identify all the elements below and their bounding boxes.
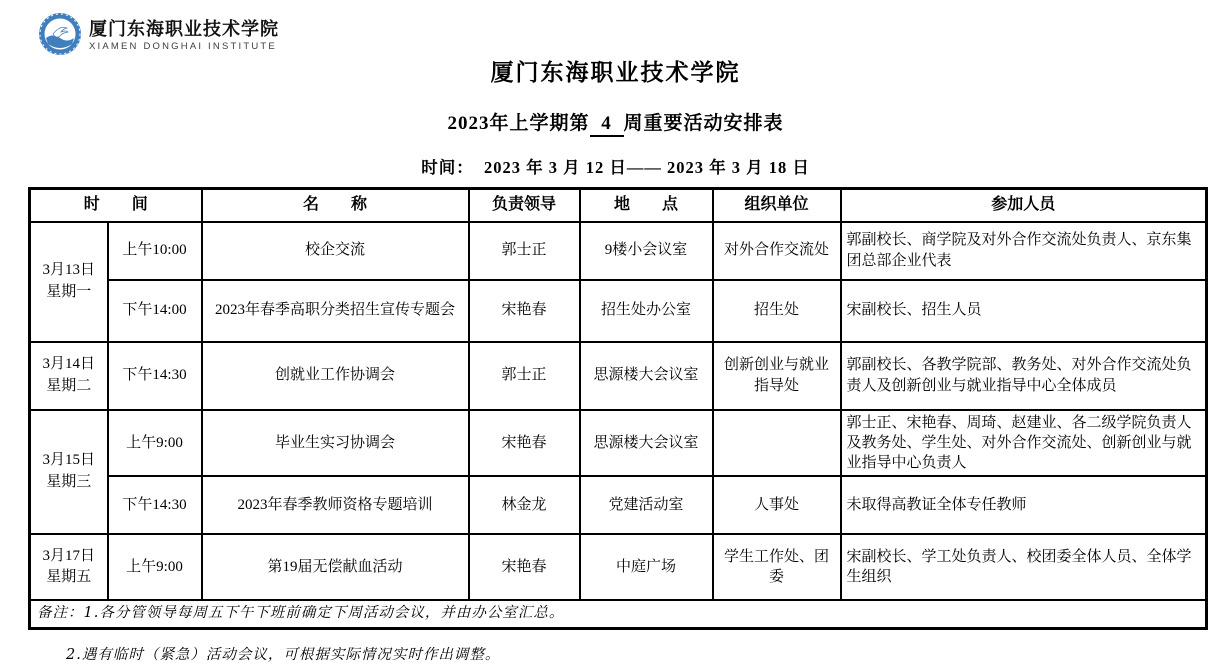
col-header-leader: 负责领导: [469, 189, 580, 222]
time-cell: 上午9:00: [108, 410, 202, 477]
unit-cell: 创新创业与就业指导处: [713, 342, 841, 410]
event-name-cell: 毕业生实习协调会: [202, 410, 469, 477]
table-row: 3月13日 星期一 上午10:00 校企交流 郭士正 9楼小会议室 对外合作交流…: [30, 222, 1207, 280]
time-cell: 下午14:30: [108, 342, 202, 410]
date-text: 3月14日: [35, 354, 103, 376]
institute-emblem-icon: [38, 12, 82, 61]
date-text: 3月17日: [35, 546, 103, 568]
date-cell-tue: 3月14日 星期二: [30, 342, 108, 410]
table-row: 下午14:00 2023年春季高职分类招生宣传专题会 宋艳春 招生处办公室 招生…: [30, 280, 1207, 342]
institute-logo: 厦门东海职业技术学院 XIAMEN DONGHAI INSTITUTE: [38, 12, 279, 61]
leader-cell: 林金龙: [469, 476, 580, 534]
location-cell: 党建活动室: [580, 476, 713, 534]
weekday-text: 星期一: [35, 282, 103, 304]
leader-cell: 宋艳春: [469, 410, 580, 477]
col-header-name: 名 称: [202, 189, 469, 222]
table-row: 下午14:30 2023年春季教师资格专题培训 林金龙 党建活动室 人事处 未取…: [30, 476, 1207, 534]
subtitle-prefix: 2023年上学期第: [447, 113, 589, 134]
weekday-text: 星期五: [35, 567, 103, 589]
date-text: 3月15日: [35, 450, 103, 472]
event-name-cell: 2023年春季教师资格专题培训: [202, 476, 469, 534]
table-row: 3月17日 星期五 上午9:00 第19届无偿献血活动 宋艳春 中庭广场 学生工…: [30, 534, 1207, 600]
participants-cell: 未取得高教证全体专任教师: [841, 476, 1207, 534]
leader-cell: 宋艳春: [469, 534, 580, 600]
table-row: 3月14日 星期二 下午14:30 创就业工作协调会 郭士正 思源楼大会议室 创…: [30, 342, 1207, 410]
date-range-line: 时间： 2023 年 3 月 12 日—— 2023 年 3 月 18 日: [0, 154, 1231, 178]
unit-cell: 对外合作交流处: [713, 222, 841, 280]
unit-cell: 招生处: [713, 280, 841, 342]
participants-cell: 郭副校长、商学院及对外合作交流处负责人、京东集团总部企业代表: [841, 222, 1207, 280]
week-number: 4: [590, 113, 624, 137]
leader-cell: 宋艳春: [469, 280, 580, 342]
unit-cell: 人事处: [713, 476, 841, 534]
event-name-cell: 第19届无偿献血活动: [202, 534, 469, 600]
event-name-cell: 创就业工作协调会: [202, 342, 469, 410]
weekday-text: 星期三: [35, 472, 103, 494]
unit-cell: 学生工作处、团委: [713, 534, 841, 600]
leader-cell: 郭士正: [469, 342, 580, 410]
institute-name-cn: 厦门东海职业技术学院: [89, 20, 279, 40]
table-note-row: 备注：1.各分管领导每周五下午下班前确定下周活动会议，并由办公室汇总。: [30, 600, 1207, 628]
page-subtitle: 2023年上学期第4周重要活动安排表: [0, 108, 1231, 137]
location-cell: 思源楼大会议室: [580, 342, 713, 410]
location-cell: 思源楼大会议室: [580, 410, 713, 477]
event-name-cell: 校企交流: [202, 222, 469, 280]
col-header-participants: 参加人员: [841, 189, 1207, 222]
time-cell: 下午14:30: [108, 476, 202, 534]
time-cell: 上午9:00: [108, 534, 202, 600]
col-header-time: 时 间: [30, 189, 202, 222]
location-cell: 9楼小会议室: [580, 222, 713, 280]
date-cell-fri: 3月17日 星期五: [30, 534, 108, 600]
note-1: 备注：1.各分管领导每周五下午下班前确定下周活动会议，并由办公室汇总。: [30, 600, 1207, 628]
col-header-unit: 组织单位: [713, 189, 841, 222]
participants-cell: 郭士正、宋艳春、周琦、赵建业、各二级学院负责人及教务处、学生处、对外合作交流处、…: [841, 410, 1207, 477]
unit-cell: [713, 410, 841, 477]
institute-logo-text: 厦门东海职业技术学院 XIAMEN DONGHAI INSTITUTE: [89, 20, 279, 52]
note-2: 2.遇有临时（紧急）活动会议，可根据实际情况实时作出调整。: [66, 643, 1231, 664]
institute-name-en: XIAMEN DONGHAI INSTITUTE: [89, 42, 279, 52]
time-cell: 下午14:00: [108, 280, 202, 342]
location-cell: 中庭广场: [580, 534, 713, 600]
time-cell: 上午10:00: [108, 222, 202, 280]
col-header-location: 地 点: [580, 189, 713, 222]
location-cell: 招生处办公室: [580, 280, 713, 342]
table-header-row: 时 间 名 称 负责领导 地 点 组织单位 参加人员: [30, 189, 1207, 222]
document-page: 厦门东海职业技术学院 XIAMEN DONGHAI INSTITUTE 厦门东海…: [0, 0, 1231, 667]
participants-cell: 郭副校长、各教学院部、教务处、对外合作交流处负责人及创新创业与就业指导中心全体成…: [841, 342, 1207, 410]
date-cell-mon: 3月13日 星期一: [30, 222, 108, 342]
table-row: 3月15日 星期三 上午9:00 毕业生实习协调会 宋艳春 思源楼大会议室 郭士…: [30, 410, 1207, 477]
date-text: 3月13日: [35, 260, 103, 282]
participants-cell: 宋副校长、学工处负责人、校团委全体人员、全体学生组织: [841, 534, 1207, 600]
date-cell-wed: 3月15日 星期三: [30, 410, 108, 535]
weekday-text: 星期二: [35, 376, 103, 398]
leader-cell: 郭士正: [469, 222, 580, 280]
schedule-table: 时 间 名 称 负责领导 地 点 组织单位 参加人员 3月13日 星期一 上午1…: [28, 187, 1208, 630]
participants-cell: 宋副校长、招生人员: [841, 280, 1207, 342]
event-name-cell: 2023年春季高职分类招生宣传专题会: [202, 280, 469, 342]
subtitle-suffix: 周重要活动安排表: [624, 113, 784, 134]
